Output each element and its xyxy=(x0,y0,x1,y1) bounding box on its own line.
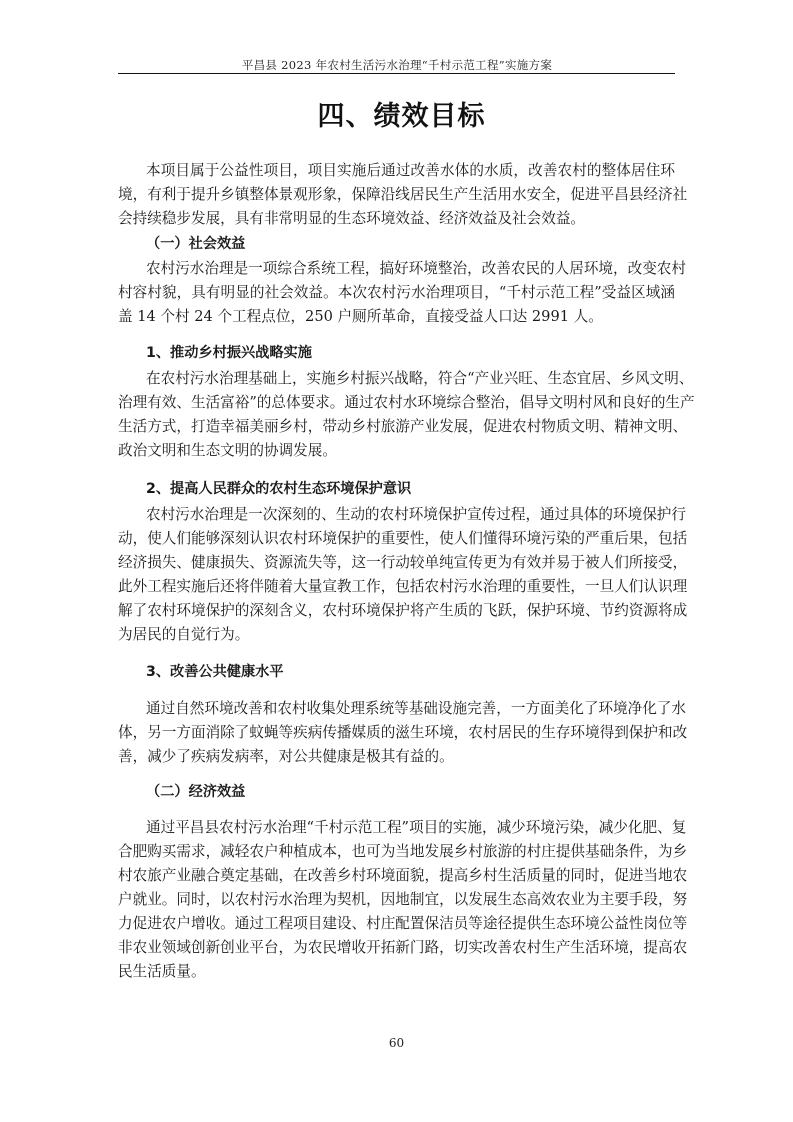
paragraph-line: 在农村污水治理基础上，实施乡村振兴战略，符合“产业兴旺、生态宜居、乡风文明、 xyxy=(146,369,675,389)
paragraph-line: 政治文明和生态文明的协调发展。 xyxy=(118,441,675,461)
paragraph-line: 解了农村环境保护的深刻含义，农村环境保护将产生质的飞跃，保护环境、节约资源将成 xyxy=(118,601,675,621)
subsection-heading-3: 3、改善公共健康水平 xyxy=(146,662,284,682)
paragraph-line: 通过自然环境改善和农村收集处理系统等基础设施完善，一方面美化了环境净化了水 xyxy=(146,699,675,719)
page-number: 60 xyxy=(0,1036,793,1050)
paragraph-line: 此外工程实施后还将伴随着大量宣教工作，包括农村污水治理的重要性，一旦人们认识理 xyxy=(118,577,675,597)
paragraph-line: 体，另一方面消除了蚊蝇等疾病传播媒质的滋生环境，农村居民的生存环境得到保护和改 xyxy=(118,723,675,743)
paragraph-line: 善，减少了疾病发病率，对公共健康是极其有益的。 xyxy=(118,747,675,767)
paragraph-line: 农村污水治理是一次深刻的、生动的农村环境保护宣传过程，通过具体的环境保护行 xyxy=(146,505,675,525)
paragraph-line: 盖 14 个村 24 个工程点位，250 户厕所革命，直接受益人口达 2991 … xyxy=(118,307,675,327)
paragraph-line: 村农旅产业融合奠定基础，在改善乡村环境面貌，提高乡村生活质量的同时，促进当地农 xyxy=(118,866,675,886)
subsection-heading-1: 1、推动乡村振兴战略实施 xyxy=(146,343,312,363)
paragraph-line: 民生活质量。 xyxy=(118,962,675,982)
paragraph-line: 动，使人们能够深刻认识农村环境保护的重要性，使人们懂得环境污染的严重后果，包括 xyxy=(118,529,675,549)
page-title: 四、绩效目标 xyxy=(0,94,793,133)
running-header: 平昌县 2023 年农村生活污水治理“千村示范工程”实施方案 xyxy=(119,57,675,73)
paragraph-line: 农村污水治理是一项综合系统工程，搞好环境整治，改善农民的人居环境，改变农村 xyxy=(146,259,675,279)
paragraph-line: 非农业领域创新创业平台，为农民增收开拓新门路，切实改善农村生产生活环境，提高农 xyxy=(118,938,675,958)
paragraph-line: 村容村貌，具有明显的社会效益。本次农村污水治理项目，“千村示范工程”受益区域涵 xyxy=(118,283,675,303)
paragraph-line: 为居民的自觉行为。 xyxy=(118,625,675,645)
paragraph-line: 户就业。同时，以农村污水治理为契机，因地制宜，以发展生态高效农业为主要手段，努 xyxy=(118,890,675,910)
paragraph-line: 境，有利于提升乡镇整体景观形象，保障沿线居民生产生活用水安全，促进平昌县经济社 xyxy=(118,185,675,205)
paragraph-line: 通过平昌县农村污水治理“千村示范工程”项目的实施，减少环境污染，减少化肥、复 xyxy=(146,818,675,838)
paragraph-line: 生活方式，打造幸福美丽乡村，带动乡村旅游产业发展，促进农村物质文明、精神文明、 xyxy=(118,417,675,437)
paragraph-line: 经济损失、健康损失、资源流失等，这一行动较单纯宣传更为有效并易于被人们所接受， xyxy=(118,553,675,573)
section-heading-economic: （二）经济效益 xyxy=(146,782,245,802)
paragraph-line: 合肥购买需求，减轻农户种植成本，也可为当地发展乡村旅游的村庄提供基础条件，为乡 xyxy=(118,842,675,862)
paragraph-line: 力促进农户增收。通过工程项目建设、村庄配置保洁员等途径提供生态环境公益性岗位等 xyxy=(118,914,675,934)
paragraph-line: 治理有效、生活富裕”的总体要求。通过农村水环境综合整治，倡导文明村风和良好的生产 xyxy=(118,393,675,413)
subsection-heading-2: 2、提高人民群众的农村生态环境保护意识 xyxy=(146,479,411,499)
header-rule xyxy=(118,73,675,74)
section-heading-social: （一）社会效益 xyxy=(146,234,245,254)
paragraph-line: 本项目属于公益性项目，项目实施后通过改善水体的水质，改善农村的整体居住环 xyxy=(146,161,675,181)
paragraph-line: 会持续稳步发展，具有非常明显的生态环境效益、经济效益及社会效益。 xyxy=(118,209,675,229)
